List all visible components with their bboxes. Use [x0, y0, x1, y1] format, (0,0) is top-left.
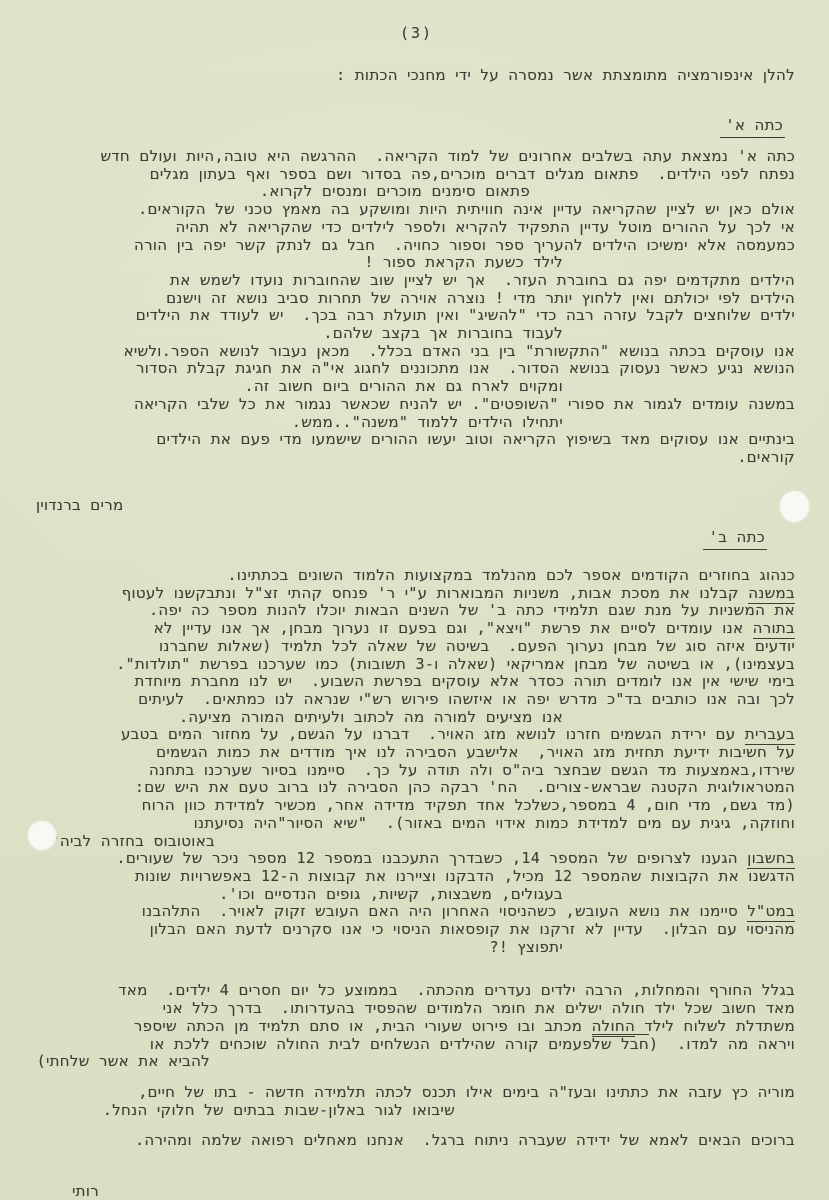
- hole-punch-right: [779, 490, 810, 523]
- text-run: את המשניות על מנת שגם תלמידי כתה ב' של ה…: [149, 601, 795, 619]
- text-run: קבלנו את מסכת אבות, משניות המבוארות ע"י …: [122, 584, 749, 602]
- typed-line: במשנה עומדים לגמור את ספורי "השופטים". י…: [12, 396, 795, 414]
- text-run: שיבואו לגור באלון-שבות בבתים של חלוקי הנ…: [103, 1101, 455, 1119]
- typed-line: כתה א' נמצאת עתה בשלבים אחרונים של למוד …: [12, 148, 795, 166]
- text-run: ויראה מה למדו. (: [649, 1035, 795, 1053]
- typed-line: ויראה מה למדו. (חבל שלפעמים קורה שהילדים…: [12, 1036, 795, 1054]
- text-run: הנושא נגיע כאשר נעסוק בנושא הסדור. אנו מ…: [136, 359, 795, 377]
- typed-line: במט"ל סיימנו את נושא העובש, כשהניסוי האח…: [12, 903, 795, 921]
- section-body-class-a: כתה א' נמצאת עתה בשלבים אחרונים של למוד …: [12, 148, 795, 467]
- typed-line: ברוכים הבאים לאמא של ידידה שעברה ניתוח ב…: [12, 1132, 795, 1150]
- text-run: וחוזקה, גיגית עם מים למדידת כמות אידוי ה…: [194, 814, 795, 832]
- text-run: יתפוצץ !?: [490, 938, 563, 956]
- blank-line: [12, 956, 795, 969]
- section-heading-class-b: כתה ב': [703, 528, 767, 550]
- typed-line: מהניסוי עם הבלון. עדיין לא זרקנו את קופס…: [12, 921, 795, 939]
- typed-line: ומקוים לארח גם את ההורים ביום חשוב זה.: [12, 378, 563, 396]
- text-run: ומקוים לארח גם את ההורים ביום חשוב זה.: [244, 377, 563, 395]
- typed-line: בגלל החורף והמחלות, הרבה ילדים נעדרים מה…: [12, 982, 795, 1000]
- typed-line: בימי שישי אין אנו לומדים תורה כסדר אלא ע…: [12, 673, 795, 691]
- text-run: ילדים שלוחצים לקבל עזרה רבה כדי "להשיג" …: [136, 306, 795, 324]
- typed-line: להביא את אשר שלחתי): [12, 1053, 210, 1071]
- text-run: כנהוג בחוזרים הקודמים אספר לכם מהנלמד במ…: [227, 566, 795, 584]
- text-run: בימי שישי אין אנו לומדים תורה כסדר אלא ע…: [134, 672, 795, 690]
- text-run: במשנה עומדים לגמור את ספורי "השופטים". י…: [134, 395, 795, 413]
- typed-line: יתחילו הילדים ללמוד "משנה"..ממש.: [12, 414, 563, 432]
- text-run: להביא את אשר שלחתי): [37, 1052, 210, 1070]
- text-run: מהניסוי עם הבלון. עדיין לא זרקנו את קופס…: [150, 920, 795, 938]
- typed-line: את המשניות על מנת שגם תלמידי כתה ב' של ה…: [12, 602, 795, 620]
- text-run: הדגשנו את הקבוצות שהמספר 12 מכיל, הדבקנו…: [135, 867, 795, 885]
- typed-line: בעצמינו), או בשיטה של מבחן אמריקאי (שאלה…: [12, 656, 795, 674]
- typed-line: אנו עוסקים בכתה בנושא "התקשורת" בין בני …: [12, 343, 795, 361]
- typed-line: משתדלת לשלוח לילד החולה מכתב ובו פירוט ש…: [12, 1018, 795, 1036]
- typed-line: מוריה כץ עזבה את כתתינו ובעז"ה בימים איל…: [12, 1084, 795, 1102]
- typed-line: אולם כאן יש לציין שהקריאה עדיין אינה חוו…: [12, 201, 795, 219]
- typed-line: לעבוד בחוברות אך בקצב שלהם.: [12, 325, 563, 343]
- typed-line: כמעמסה אלא ימשיכו הילדים להעריך ספר וספו…: [12, 237, 795, 255]
- typed-line: פתאום סימנים מוכרים ומנסים לקרוא.: [12, 183, 530, 201]
- text-run: אי לכך על ההורים מוטל עדיין התפקיד להקרי…: [176, 218, 795, 236]
- typed-line: הילדים לפי יכולתם ואין ללחוץ יותר מדי ! …: [12, 290, 795, 308]
- text-run: שירדו,באמצעות מד הגשם שבחצר ביה"ס ולה תו…: [149, 761, 795, 779]
- text-run: יודעים איזה סוג של מבחן נערוך הפעם. בשיט…: [159, 637, 795, 655]
- typed-line: בחשבון הגענו לצרופים של המספר 14, כשבדרך…: [12, 850, 795, 868]
- text-run: הילדים מתקדמים יפה גם בחוברת העזר. אך יש…: [170, 271, 795, 289]
- overlined-text: חבל של: [592, 1035, 649, 1053]
- page-number: (3): [400, 24, 433, 42]
- text-run: קוראים.: [737, 448, 795, 466]
- hole-punch-left: [27, 820, 57, 851]
- text-run: לעבוד בחוברות אך בקצב שלהם.: [323, 324, 563, 342]
- typed-line: הילדים מתקדמים יפה גם בחוברת העזר. אך יש…: [12, 272, 795, 290]
- text-run: מכתב ובו פירוט שעורי הבית, או סתם תלמיד …: [134, 1017, 592, 1035]
- typed-line: על חשיבות ידיעת תחזית מזג האויר, אלישבע …: [12, 744, 795, 762]
- text-run: בעצמינו), או בשיטה של מבחן אמריקאי (שאלה…: [116, 655, 795, 673]
- typed-line: יתפוצץ !?: [12, 939, 563, 957]
- text-run: מאד חשוב שכל ילד חולה ישלים את חומר הלמו…: [163, 999, 795, 1017]
- text-run: אולם כאן יש לציין שהקריאה עדיין אינה חוו…: [138, 200, 795, 218]
- text-run: יתחילו הילדים ללמוד "משנה"..ממש.: [292, 413, 563, 431]
- scanned-typewritten-page: (3) להלן אינפורמציה מתומצתת אשר נמסרה על…: [0, 0, 829, 1200]
- typed-line: כנהוג בחוזרים הקודמים אספר לכם מהנלמד במ…: [12, 567, 795, 585]
- signature-class-b-teacher: רותי: [72, 1182, 99, 1200]
- text-run: אנו מציעים למורה מה לכתוב ולעיתים המורה …: [179, 708, 563, 726]
- text-run: אנו עומדים לסיים את פרשת "ויצא", וגם בפע…: [154, 619, 753, 637]
- typed-line: ילדים שלוחצים לקבל עזרה רבה כדי "להשיג" …: [12, 307, 795, 325]
- text-run: אנו עוסקים בכתה בנושא "התקשורת" בין בני …: [124, 342, 795, 360]
- text-run: ברוכים הבאים לאמא של ידידה שעברה ניתוח ב…: [135, 1131, 795, 1149]
- typed-line: הדגשנו את הקבוצות שהמספר 12 מכיל, הדבקנו…: [12, 868, 795, 886]
- typed-line: הנושא נגיע כאשר נעסוק בנושא הסדור. אנו מ…: [12, 360, 795, 378]
- text-run: סיימנו את נושא העובש, כשהניסוי האחרון הי…: [142, 902, 748, 920]
- typed-line: במשנה קבלנו את מסכת אבות, משניות המבוארו…: [12, 585, 795, 603]
- text-run: כתה א' נמצאת עתה בשלבים אחרונים של למוד …: [101, 147, 796, 165]
- typed-line: וחוזקה, גיגית עם מים למדידת כמות אידוי ה…: [12, 815, 795, 833]
- text-run: על חשיבות ידיעת תחזית מזג האויר, אלישבע …: [156, 743, 795, 761]
- text-run: נפתח לפני הילדים. פתאום מגלים דברים מוכר…: [150, 165, 795, 183]
- typed-line: שיבואו לגור באלון-שבות בבתים של חלוקי הנ…: [12, 1102, 455, 1120]
- typed-line: לכך ובה אנו כותבים בד"כ מדרש יפה או איזש…: [12, 691, 795, 709]
- typed-line: לילד כשעת הקראת ספור !: [12, 254, 563, 272]
- typed-line: אי לכך על ההורים מוטל עדיין התפקיד להקרי…: [12, 219, 795, 237]
- text-run: פעמים קורה שהילדים הנשלחים לבית החולה שו…: [150, 1035, 592, 1053]
- typed-line: (מד גשם, מדי חום, 4 במספר,כשלכל אחד תפקי…: [12, 797, 795, 815]
- text-run: לכך ובה אנו כותבים בד"כ מדרש יפה או איזש…: [138, 690, 795, 708]
- text-run: עם ירידת הגשמים חזרנו לנושא מזג האויר. ד…: [121, 725, 745, 743]
- typed-line: בעברית עם ירידת הגשמים חזרנו לנושא מזג ה…: [12, 726, 795, 744]
- typed-line: בעגולים, משבצות, קשיות, גופים הנדסיים וכ…: [12, 886, 563, 904]
- text-run: לילד כשעת הקראת ספור !: [364, 253, 563, 271]
- typed-line: מאד חשוב שכל ילד חולה ישלים את חומר הלמו…: [12, 1000, 795, 1018]
- signature-class-a-teacher: מרים ברנדוין: [36, 496, 123, 514]
- typed-line: נפתח לפני הילדים. פתאום מגלים דברים מוכר…: [12, 166, 795, 184]
- text-run: מוריה כץ עזבה את כתתינו ובעז"ה בימים איל…: [138, 1083, 795, 1101]
- text-run: הילדים לפי יכולתם ואין ללחוץ יותר מדי ! …: [166, 289, 795, 307]
- section-body-class-b: כנהוג בחוזרים הקודמים אספר לכם מהנלמד במ…: [12, 567, 795, 1150]
- typed-line: בינתיים אנו עסוקים מאד בשיפוץ הקריאה וטו…: [12, 431, 795, 449]
- text-run: הגענו לצרופים של המספר 14, כשבדרך התעכבנ…: [117, 849, 748, 867]
- text-run: פתאום סימנים מוכרים ומנסים לקרוא.: [260, 182, 530, 200]
- text-run: בעגולים, משבצות, קשיות, גופים הנדסיים וכ…: [219, 885, 563, 903]
- typed-line: בתורה אנו עומדים לסיים את פרשת "ויצא", ו…: [12, 620, 795, 638]
- intro-line: להלן אינפורמציה מתומצתת אשר נמסרה על ידי…: [20, 66, 795, 84]
- text-run: בגלל החורף והמחלות, הרבה ילדים נעדרים מה…: [118, 981, 795, 999]
- text-run: המטראולוגית הקטנה שבראש-צורים. הח' רבקה …: [135, 778, 795, 796]
- text-run: באוטובוס בחזרה לביה"ס.: [31, 832, 215, 850]
- typed-line: שירדו,באמצעות מד הגשם שבחצר ביה"ס ולה תו…: [12, 762, 795, 780]
- text-run: משתדלת לשלוח לילד: [635, 1017, 795, 1035]
- text-run: כמעמסה אלא ימשיכו הילדים להעריך ספר וספו…: [134, 236, 795, 254]
- section-heading-class-a: כתה א': [720, 116, 785, 138]
- typed-line: יודעים איזה סוג של מבחן נערוך הפעם. בשיט…: [12, 638, 795, 656]
- typed-line: אנו מציעים למורה מה לכתוב ולעיתים המורה …: [12, 709, 563, 727]
- text-run: (מד גשם, מדי חום, 4 במספר,כשלכל אחד תפקי…: [142, 796, 795, 814]
- typed-line: המטראולוגית הקטנה שבראש-צורים. הח' רבקה …: [12, 779, 795, 797]
- typed-line: קוראים.: [12, 449, 795, 467]
- text-run: בינתיים אנו עסוקים מאד בשיפוץ הקריאה וטו…: [156, 430, 795, 448]
